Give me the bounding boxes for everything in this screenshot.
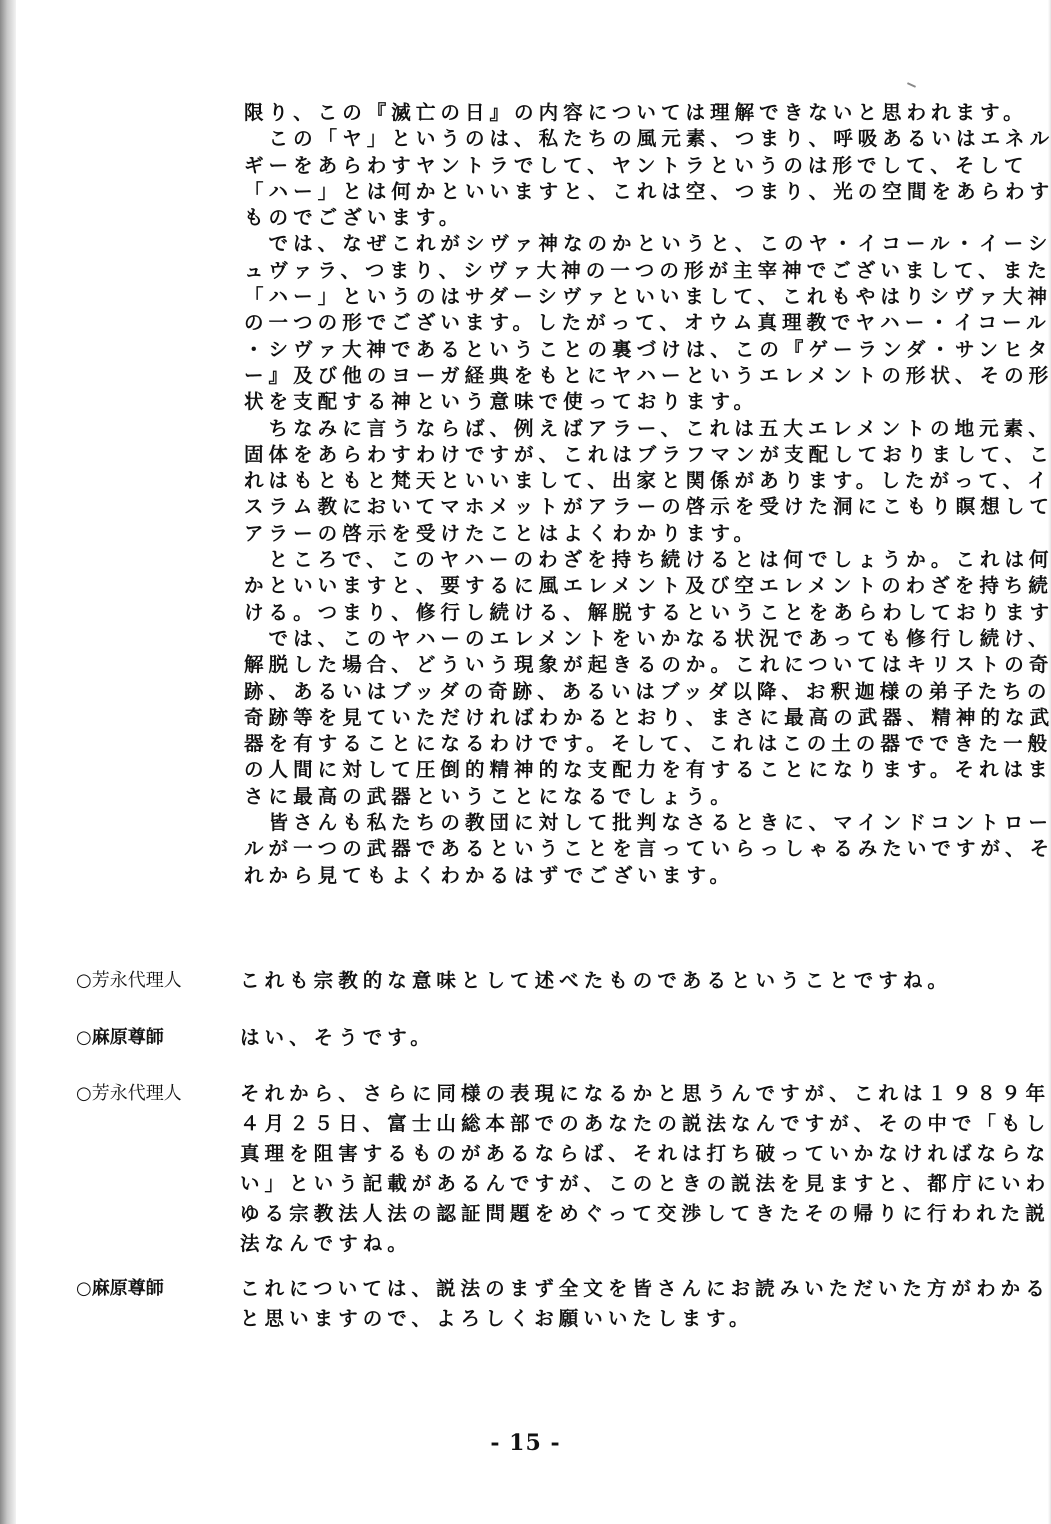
text-line: い」という記載があるんですが、このときの説法を見ますと、都庁にいわ <box>240 1169 1000 1199</box>
text-line: れはもともと梵天といいまして、出家と関係があります。したがって、イ <box>244 468 994 494</box>
text-line: かといいますと、要するに風エレメント及び空エレメントのわざを持ち続 <box>244 573 994 599</box>
text-line: では、このヤハーのエレメントをいかなる状況であっても修行し続け、 <box>244 626 994 652</box>
text-line: と思いますので、よろしくお願いいたします。 <box>240 1304 1000 1334</box>
text-line: の一つの形でございます。したがって、オウム真理教でヤハー・イコール <box>244 310 994 336</box>
text-line: ・シヴァ大神であるということの裏づけは、この『ゲーランダ・サンヒタ <box>244 337 994 363</box>
text-line: 「ハー」というのはサダーシヴァといいまして、これもやはりシヴァ大神 <box>244 284 994 310</box>
speech-text: それから、さらに同様の表現になるかと思うんですが、これは１９８９年 ４月２５日、… <box>240 1079 1000 1259</box>
text-line: これについては、説法のまず全文を皆さんにお読みいただいた方がわかる <box>240 1274 1000 1304</box>
text-line: それから、さらに同様の表現になるかと思うんですが、これは１９８９年 <box>240 1079 1000 1109</box>
text-line: ものでございます。 <box>244 205 994 231</box>
speech-text: これも宗教的な意味として述べたものであるということですね。 <box>240 966 1000 996</box>
text-line: ー』及び他のヨーガ経典をもとにヤハーというエレメントの形状、その形 <box>244 363 994 389</box>
text-line: 状を支配する神という意味で使っております。 <box>244 389 994 415</box>
scan-speck <box>907 82 916 88</box>
text-line: アラーの啓示を受けたことはよくわかります。 <box>244 521 994 547</box>
page-number: - 15 - <box>0 1430 1051 1456</box>
text-line: 法なんですね。 <box>240 1229 1000 1259</box>
text-line: の人間に対して圧倒的精神的な支配力を有することになります。それはま <box>244 757 994 783</box>
speaker-label: ○芳永代理人 <box>76 966 182 996</box>
text-line: これも宗教的な意味として述べたものであるということですね。 <box>240 966 1000 996</box>
text-line: ところで、このヤハーのわざを持ち続けるとは何でしょうか。これは何 <box>244 547 994 573</box>
text-line: はい、そうです。 <box>240 1023 1000 1053</box>
text-line: れから見てもよくわかるはずでございます。 <box>244 863 994 889</box>
text-line: ける。つまり、修行し続ける、解脱するということをあらわしております。 <box>244 600 994 626</box>
page-binding-shadow <box>0 0 16 1524</box>
text-line: 真理を阻害するものがあるならば、それは打ち破っていかなければならな <box>240 1139 1000 1169</box>
text-line: さに最高の武器ということになるでしょう。 <box>244 784 994 810</box>
text-line: ルが一つの武器であるということを言っていらっしゃるみたいですが、そ <box>244 836 994 862</box>
text-line: スラム教においてマホメットがアラーの啓示を受けた洞にこもり瞑想して、 <box>244 494 994 520</box>
text-line: 器を有することになるわけです。そして、これはこの土の器でできた一般 <box>244 731 994 757</box>
text-line: ュヴァラ、つまり、シヴァ大神の一つの形が主宰神でございまして、また <box>244 258 994 284</box>
text-line: この「ヤ」というのは、私たちの風元素、つまり、呼吸あるいはエネル <box>244 126 994 152</box>
speech-text: はい、そうです。 <box>240 1023 1000 1053</box>
body-text: 限り、この『滅亡の日』の内容については理解できないと思われます。 この「ヤ」とい… <box>244 100 994 889</box>
text-line: 奇跡等を見ていただければわかるとおり、まさに最高の武器、精神的な武 <box>244 705 994 731</box>
text-line: 限り、この『滅亡の日』の内容については理解できないと思われます。 <box>244 100 994 126</box>
text-line: 固体をあらわすわけですが、これはブラフマンが支配しておりまして、こ <box>244 442 994 468</box>
speech-text: これについては、説法のまず全文を皆さんにお読みいただいた方がわかる と思いますの… <box>240 1274 1000 1334</box>
speaker-label: ○麻原尊師 <box>76 1274 164 1304</box>
text-line: 皆さんも私たちの教団に対して批判なさるときに、マインドコントロー <box>244 810 994 836</box>
text-line: 「ハー」とは何かといいますと、これは空、つまり、光の空間をあらわす <box>244 179 994 205</box>
text-line: ちなみに言うならば、例えばアラー、これは五大エレメントの地元素、 <box>244 416 994 442</box>
speaker-label: ○麻原尊師 <box>76 1023 164 1053</box>
text-line: ゆる宗教法人法の認証問題をめぐって交渉してきたその帰りに行われた説 <box>240 1199 1000 1229</box>
text-line: ギーをあらわすヤントラでして、ヤントラというのは形でして、そして <box>244 153 994 179</box>
speaker-label: ○芳永代理人 <box>76 1079 182 1109</box>
text-line: 解脱した場合、どういう現象が起きるのか。これについてはキリストの奇 <box>244 652 994 678</box>
text-line: 跡、あるいはブッダの奇跡、あるいはブッダ以降、お釈迦様の弟子たちの <box>244 679 994 705</box>
text-line: では、なぜこれがシヴァ神なのかというと、このヤ・イコール・イーシ <box>244 231 994 257</box>
text-line: ４月２５日、富士山総本部でのあなたの説法なんですが、その中で「もし <box>240 1109 1000 1139</box>
